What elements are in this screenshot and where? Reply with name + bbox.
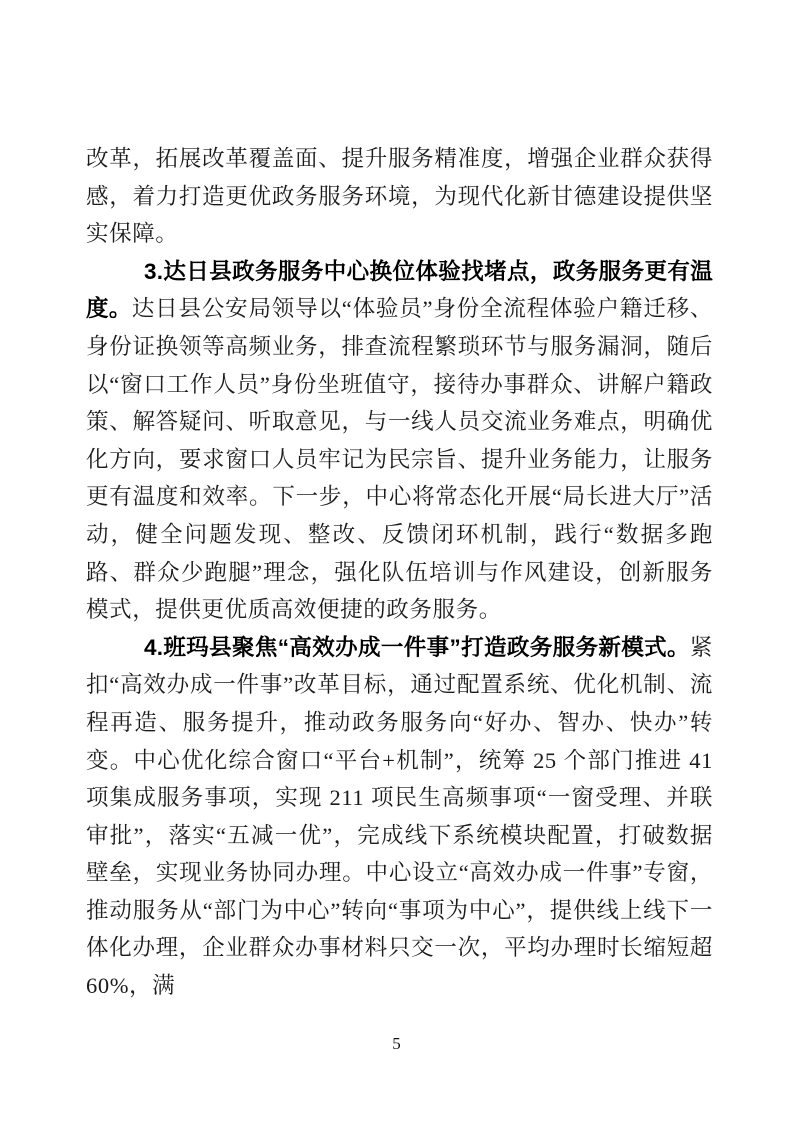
paragraph-item-4: 4.班玛县聚焦“高效办成一件事”打造政务服务新模式。紧扣“高效办成一件事”改革目… (86, 629, 713, 1005)
page-number: 5 (0, 1034, 793, 1054)
page-content: 改革，拓展改革覆盖面、提升服务精准度，增强企业群众获得感，着力打造更优政务服务环… (86, 140, 713, 1005)
item-4-heading: 4.班玛县聚焦“高效办成一件事”打造政务服务新模式。 (144, 635, 690, 660)
item-4-body-text: 紧扣“高效办成一件事”改革目标，通过配置系统、优化机制、流程再造、服务提升，推动… (86, 635, 713, 998)
paragraph-item-3: 3.达日县政务服务中心换位体验找堵点，政务服务更有温度。达日县公安局领导以“体验… (86, 253, 713, 629)
document-page: 改革，拓展改革覆盖面、提升服务精准度，增强企业群众获得感，着力打造更优政务服务环… (0, 0, 793, 1122)
paragraph-continuation: 改革，拓展改革覆盖面、提升服务精准度，增强企业群众获得感，着力打造更优政务服务环… (86, 140, 713, 253)
paragraph-continuation-text: 改革，拓展改革覆盖面、提升服务精准度，增强企业群众获得感，着力打造更优政务服务环… (86, 146, 713, 246)
item-3-body-text: 达日县公安局领导以“体验员”身份全流程体验户籍迁移、身份证换领等高频业务，排查流… (86, 296, 713, 622)
